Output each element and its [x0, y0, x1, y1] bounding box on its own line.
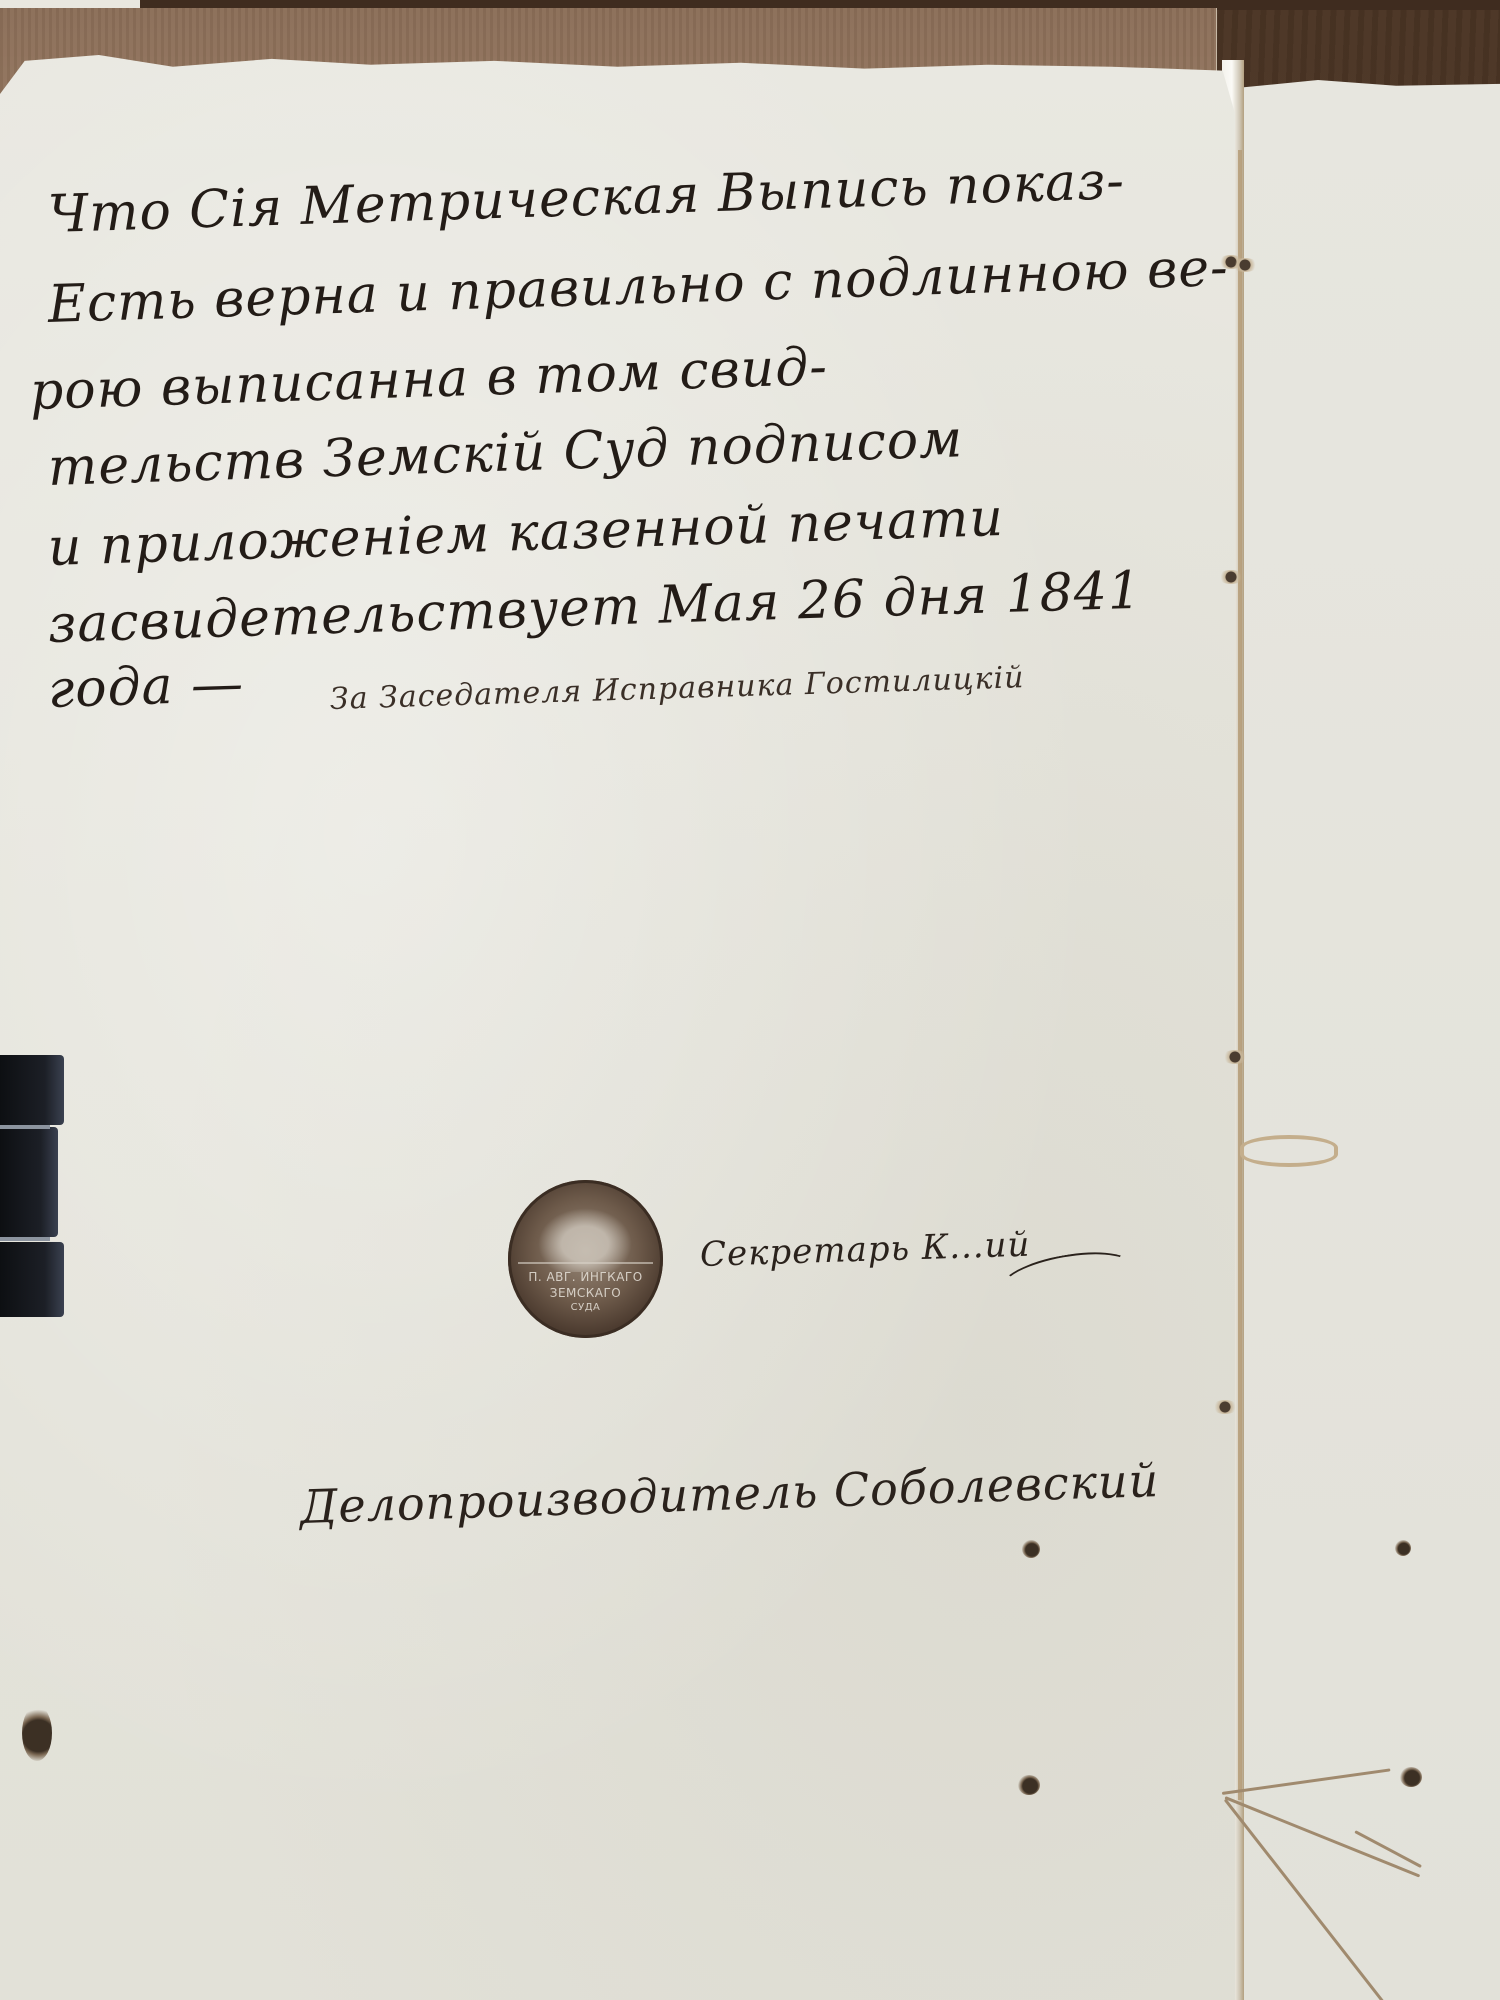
stitch-hole: [1232, 258, 1258, 272]
stitch-hole: [1212, 1400, 1238, 1414]
seal-divider: [518, 1262, 653, 1264]
next-leaf-page: [1240, 80, 1500, 2000]
clip-wire: [0, 1125, 50, 1129]
thread-loop: [1240, 1135, 1338, 1167]
punch-hole: [1018, 1775, 1040, 1795]
body-line-7: года —: [47, 654, 245, 720]
punch-hole: [1022, 1540, 1040, 1558]
binding-thread: [1238, 150, 1242, 1800]
seal-text-line-1: П. АВГ. ИНГКАГО: [516, 1270, 655, 1284]
binder-clip: [0, 1055, 66, 1320]
clip-wire: [0, 1237, 50, 1241]
punch-hole: [1395, 1540, 1411, 1556]
stitch-hole: [1218, 570, 1244, 584]
clip-jaw: [0, 1055, 64, 1125]
clip-jaw: [0, 1242, 64, 1317]
seal-text-line-3: СУДА: [516, 1302, 655, 1313]
stitch-hole: [1222, 1050, 1248, 1064]
clip-jaw: [0, 1127, 58, 1237]
edge-tear-hole: [22, 1705, 52, 1761]
seal-text-line-2: ЗЕМСКАГО: [516, 1286, 655, 1300]
punch-hole: [1400, 1767, 1422, 1787]
court-seal: П. АВГ. ИНГКАГО ЗЕМСКАГО СУДА: [508, 1180, 663, 1338]
